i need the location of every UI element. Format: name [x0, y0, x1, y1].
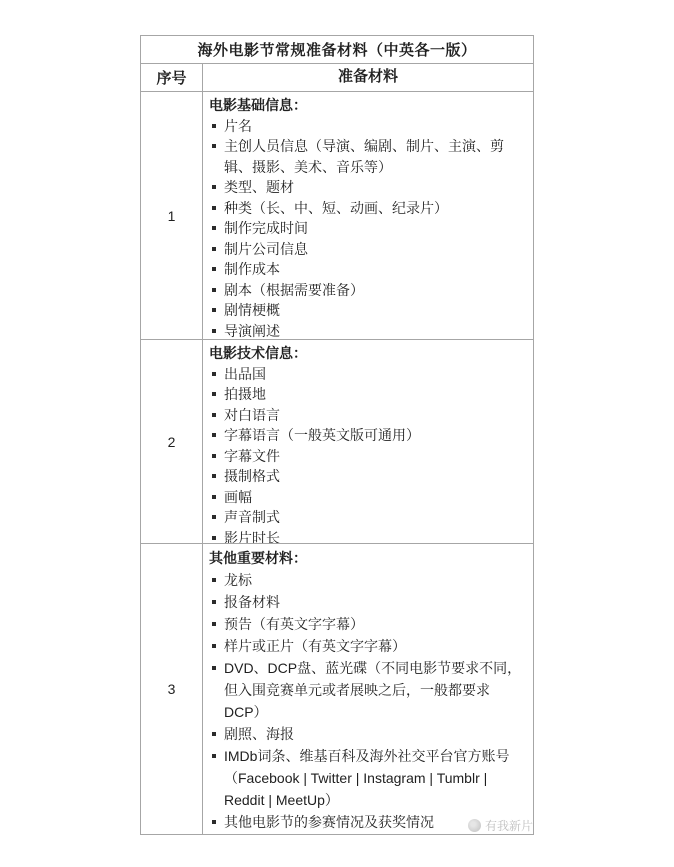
- bullet-icon: [212, 124, 216, 128]
- material-item-text: 影片时长: [224, 530, 280, 544]
- bullet-icon: [212, 288, 216, 292]
- bullet-icon: [212, 622, 216, 626]
- material-item-text: 制片公司信息: [224, 241, 308, 257]
- table-title: 海外电影节常规准备材料（中英各一版）: [141, 36, 533, 64]
- material-item: 龙标: [209, 569, 525, 591]
- materials-list-other-materials: 龙标报备材料预告（有英文字字幕）样片或正片（有英文字字幕）DVD、DCP盘、蓝光…: [209, 569, 525, 834]
- material-item-text: 剧本（根据需要准备）: [224, 282, 364, 298]
- bullet-icon: [212, 820, 216, 824]
- material-item-text: 主创人员信息（导演、编剧、制片、主演、剪辑、摄影、美术、音乐等）: [224, 138, 504, 175]
- bullet-icon: [212, 392, 216, 396]
- material-item: IMDb词条、维基百科及海外社交平台官方账号（Facebook | Twitte…: [209, 745, 525, 811]
- material-item-text: 声音制式: [224, 509, 280, 525]
- material-item: 种类（长、中、短、动画、纪录片）: [209, 198, 525, 219]
- bullet-icon: [212, 413, 216, 417]
- material-item: 制作完成时间: [209, 218, 525, 239]
- row-number-1: 1: [141, 92, 203, 339]
- row-content-2: 电影技术信息： 出品国拍摄地对白语言字幕语言（一般英文版可通用）字幕文件摄制格式…: [203, 340, 533, 543]
- material-item-text: 样片或正片（有英文字字幕）: [224, 638, 406, 654]
- material-item: 剧照、海报: [209, 723, 525, 745]
- material-item-text: 剧情梗概: [224, 302, 280, 318]
- bullet-icon: [212, 267, 216, 271]
- table-header-row: 序号 准备材料: [141, 64, 533, 92]
- bullet-icon: [212, 754, 216, 758]
- column-header-materials: 准备材料: [203, 64, 533, 91]
- material-item-text: 摄制格式: [224, 468, 280, 484]
- bullet-icon: [212, 372, 216, 376]
- watermark-logo-icon: [468, 819, 481, 832]
- material-item: 导演阐述: [209, 321, 525, 340]
- material-item-text: 报备材料: [224, 594, 280, 610]
- bullet-icon: [212, 226, 216, 230]
- bullet-icon: [212, 474, 216, 478]
- bullet-icon: [212, 600, 216, 604]
- material-item-text: 字幕文件: [224, 448, 280, 464]
- material-item-text: 拍摄地: [224, 386, 266, 402]
- bullet-icon: [212, 536, 216, 540]
- material-item-text: 对白语言: [224, 407, 280, 423]
- material-item: 类型、题材: [209, 177, 525, 198]
- material-item: 对白语言: [209, 405, 525, 426]
- material-item: 摄制格式: [209, 466, 525, 487]
- material-item: 样片或正片（有英文字字幕）: [209, 635, 525, 657]
- section-heading-technical-info: 电影技术信息：: [209, 343, 525, 364]
- materials-list-technical-info: 出品国拍摄地对白语言字幕语言（一般英文版可通用）字幕文件摄制格式画幅声音制式影片…: [209, 364, 525, 544]
- material-item-text: 出品国: [224, 366, 266, 382]
- material-item-text: 剧照、海报: [224, 726, 294, 742]
- material-item: 剧本（根据需要准备）: [209, 280, 525, 301]
- material-item: 画幅: [209, 487, 525, 508]
- bullet-icon: [212, 515, 216, 519]
- bullet-icon: [212, 495, 216, 499]
- material-item: 报备材料: [209, 591, 525, 613]
- materials-table: 海外电影节常规准备材料（中英各一版） 序号 准备材料 1 电影基础信息： 片名主…: [140, 35, 534, 835]
- material-item: 字幕语言（一般英文版可通用）: [209, 425, 525, 446]
- bullet-icon: [212, 308, 216, 312]
- material-item-text: 其他电影节的参赛情况及获奖情况: [224, 814, 434, 830]
- material-item: 出品国: [209, 364, 525, 385]
- table-row-1: 1 电影基础信息： 片名主创人员信息（导演、编剧、制片、主演、剪辑、摄影、美术、…: [141, 92, 533, 340]
- material-item-text: 画幅: [224, 489, 252, 505]
- material-item: 字幕文件: [209, 446, 525, 467]
- bullet-icon: [212, 185, 216, 189]
- material-item-text: 预告（有英文字字幕）: [224, 616, 364, 632]
- bullet-icon: [212, 454, 216, 458]
- section-heading-basic-info: 电影基础信息：: [209, 95, 525, 116]
- material-item: 预告（有英文字字幕）: [209, 613, 525, 635]
- bullet-icon: [212, 644, 216, 648]
- material-item: 声音制式: [209, 507, 525, 528]
- material-item-text: 字幕语言（一般英文版可通用）: [224, 427, 420, 443]
- bullet-icon: [212, 578, 216, 582]
- material-item-text: 制作成本: [224, 261, 280, 277]
- bullet-icon: [212, 666, 216, 670]
- material-item: 制作成本: [209, 259, 525, 280]
- column-header-number: 序号: [141, 64, 203, 91]
- table-row-2: 2 电影技术信息： 出品国拍摄地对白语言字幕语言（一般英文版可通用）字幕文件摄制…: [141, 340, 533, 544]
- bullet-icon: [212, 144, 216, 148]
- row-content-3: 其他重要材料： 龙标报备材料预告（有英文字字幕）样片或正片（有英文字字幕）DVD…: [203, 544, 533, 834]
- bullet-icon: [212, 247, 216, 251]
- row-number-2: 2: [141, 340, 203, 543]
- material-item: 主创人员信息（导演、编剧、制片、主演、剪辑、摄影、美术、音乐等）: [209, 136, 525, 177]
- material-item: 片名: [209, 116, 525, 137]
- material-item: 拍摄地: [209, 384, 525, 405]
- material-item-text: DVD、DCP盘、蓝光碟（不同电影节要求不同，但入围竞赛单元或者展映之后，一般都…: [224, 660, 521, 720]
- material-item-text: 类型、题材: [224, 179, 294, 195]
- material-item: DVD、DCP盘、蓝光碟（不同电影节要求不同，但入围竞赛单元或者展映之后，一般都…: [209, 657, 525, 723]
- materials-list-basic-info: 片名主创人员信息（导演、编剧、制片、主演、剪辑、摄影、美术、音乐等）类型、题材种…: [209, 116, 525, 340]
- material-item: 制片公司信息: [209, 239, 525, 260]
- material-item: 影片时长: [209, 528, 525, 544]
- bullet-icon: [212, 732, 216, 736]
- section-heading-other-materials: 其他重要材料：: [209, 547, 525, 569]
- document-page: 海外电影节常规准备材料（中英各一版） 序号 准备材料 1 电影基础信息： 片名主…: [0, 0, 674, 867]
- material-item-text: 片名: [224, 118, 252, 134]
- watermark-text: 有我新片: [485, 817, 533, 834]
- row-number-3: 3: [141, 544, 203, 834]
- bullet-icon: [212, 329, 216, 333]
- watermark: 有我新片: [468, 817, 533, 834]
- bullet-icon: [212, 206, 216, 210]
- material-item-text: 龙标: [224, 572, 252, 588]
- material-item: 剧情梗概: [209, 300, 525, 321]
- material-item-text: 制作完成时间: [224, 220, 308, 236]
- material-item-text: 种类（长、中、短、动画、纪录片）: [224, 200, 448, 216]
- table-row-3: 3 其他重要材料： 龙标报备材料预告（有英文字字幕）样片或正片（有英文字字幕）D…: [141, 544, 533, 834]
- row-content-1: 电影基础信息： 片名主创人员信息（导演、编剧、制片、主演、剪辑、摄影、美术、音乐…: [203, 92, 533, 339]
- material-item-text: IMDb词条、维基百科及海外社交平台官方账号（Facebook | Twitte…: [224, 748, 509, 808]
- material-item-text: 导演阐述: [224, 323, 280, 339]
- bullet-icon: [212, 433, 216, 437]
